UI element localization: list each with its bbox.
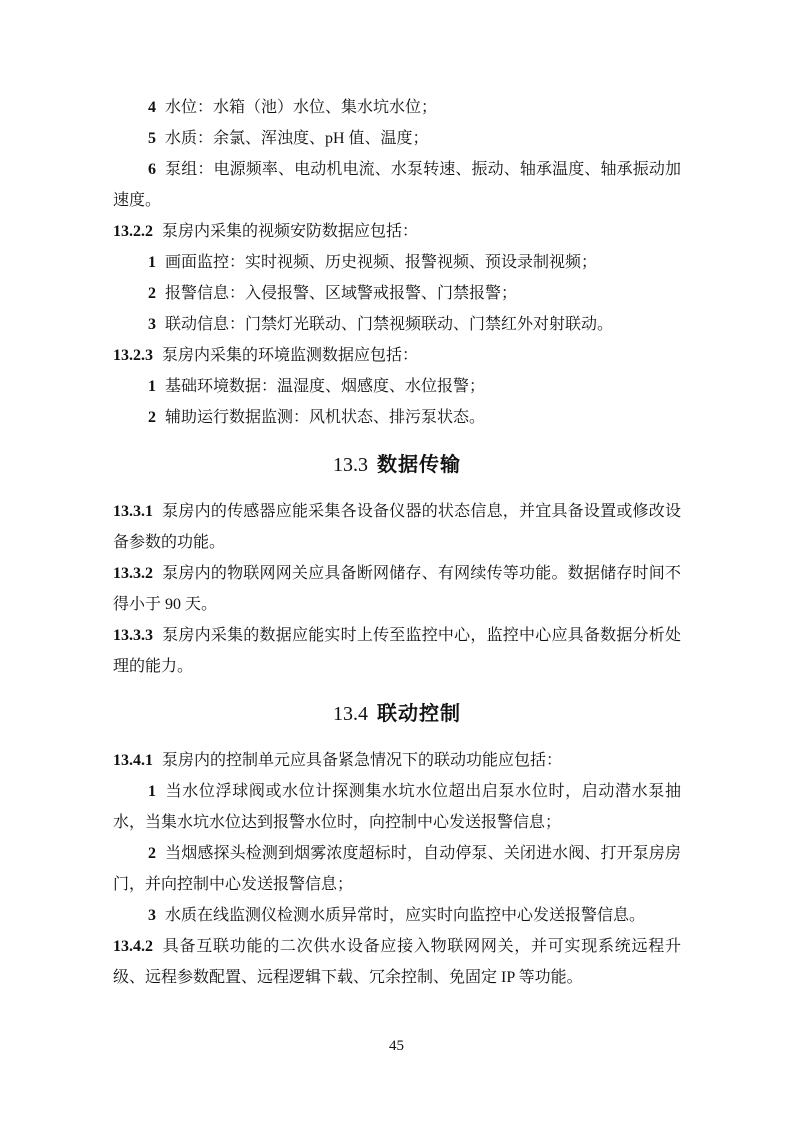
list-item: 1画面监控：实时视频、历史视频、报警视频、预设录制视频； — [113, 247, 681, 278]
clause-paragraph: 13.3.3泵房内采集的数据应能实时上传至监控中心，监控中心应具备数据分析处理的… — [113, 620, 681, 682]
list-item-number: 2 — [148, 285, 156, 302]
clause-number: 13.2.3 — [113, 347, 153, 364]
list-item: 2报警信息：入侵报警、区域警戒报警、门禁报警； — [113, 278, 681, 309]
clause-number: 13.3.1 — [113, 503, 153, 520]
section-heading: 13.3数据传输 — [113, 447, 681, 483]
list-item-text: 联动信息：门禁灯光联动、门禁视频联动、门禁红外对射联动。 — [165, 316, 613, 333]
clause-paragraph: 13.3.1泵房内的传感器应能采集各设备仪器的状态信息，并宜具备设置或修改设备参… — [113, 496, 681, 558]
clause-paragraph: 13.4.1泵房内的控制单元应具备紧急情况下的联动功能应包括： — [113, 745, 681, 776]
list-item-number: 3 — [148, 316, 156, 333]
clause-number: 13.3.2 — [113, 565, 153, 582]
list-item: 3联动信息：门禁灯光联动、门禁视频联动、门禁红外对射联动。 — [113, 309, 681, 340]
list-item-text: 当水位浮球阀或水位计探测集水坑水位超出启泵水位时，启动潜水泵抽水，当集水坑水位达… — [113, 783, 681, 831]
page-number: 45 — [0, 1036, 793, 1056]
section-title: 联动控制 — [377, 703, 461, 725]
clause-text: 泵房内的传感器应能采集各设备仪器的状态信息，并宜具备设置或修改设备参数的功能。 — [113, 503, 681, 551]
clause-paragraph: 13.3.2泵房内的物联网网关应具备断网储存、有网续传等功能。数据储存时间不得小… — [113, 558, 681, 620]
list-item-text: 报警信息：入侵报警、区域警戒报警、门禁报警； — [165, 285, 517, 302]
section-title: 数据传输 — [377, 454, 461, 476]
clause-paragraph: 13.4.2具备互联功能的二次供水设备应接入物联网网关，并可实现系统远程升级、远… — [113, 931, 681, 993]
document-content: 4水位：水箱（池）水位、集水坑水位；5水质：余氯、浑浊度、pH 值、温度；6泵组… — [113, 0, 681, 993]
list-item-text: 当烟感探头检测到烟雾浓度超标时，自动停泵、关闭进水阀、打开泵房房门，并向控制中心… — [113, 845, 681, 893]
clause-paragraph: 13.2.3泵房内采集的环境监测数据应包括： — [113, 340, 681, 371]
list-item: 2辅助运行数据监测：风机状态、排污泵状态。 — [113, 402, 681, 433]
list-item-text: 画面监控：实时视频、历史视频、报警视频、预设录制视频； — [165, 254, 597, 271]
list-item: 6泵组：电源频率、电动机电流、水泵转速、振动、轴承温度、轴承振动加速度。 — [113, 154, 681, 216]
list-item-number: 1 — [148, 378, 156, 395]
list-item: 4水位：水箱（池）水位、集水坑水位； — [113, 92, 681, 123]
list-item-text: 水位：水箱（池）水位、集水坑水位； — [165, 99, 437, 116]
list-item: 1基础环境数据：温湿度、烟感度、水位报警； — [113, 371, 681, 402]
list-item-number: 2 — [148, 409, 156, 426]
clause-number: 13.2.2 — [113, 223, 153, 240]
section-number: 13.3 — [333, 454, 368, 476]
list-item-text: 泵组：电源频率、电动机电流、水泵转速、振动、轴承温度、轴承振动加速度。 — [113, 161, 681, 209]
document-page: 4水位：水箱（池）水位、集水坑水位；5水质：余氯、浑浊度、pH 值、温度；6泵组… — [0, 0, 793, 1122]
list-item-number: 2 — [148, 845, 156, 862]
list-item-text: 辅助运行数据监测：风机状态、排污泵状态。 — [165, 409, 485, 426]
list-item: 1当水位浮球阀或水位计探测集水坑水位超出启泵水位时，启动潜水泵抽水，当集水坑水位… — [113, 776, 681, 838]
list-item-number: 3 — [148, 907, 156, 924]
clause-text: 泵房内的控制单元应具备紧急情况下的联动功能应包括： — [162, 752, 562, 769]
clause-number: 13.4.2 — [113, 938, 153, 955]
list-item-number: 1 — [148, 254, 156, 271]
section-heading: 13.4联动控制 — [113, 696, 681, 732]
list-item-text: 水质：余氯、浑浊度、pH 值、温度； — [165, 130, 429, 147]
clause-text: 泵房内采集的数据应能实时上传至监控中心，监控中心应具备数据分析处理的能力。 — [113, 627, 681, 675]
clause-number: 13.4.1 — [113, 752, 153, 769]
clause-text: 泵房内采集的环境监测数据应包括： — [162, 347, 418, 364]
list-item-text: 水质在线监测仪检测水质异常时，应实时向监控中心发送报警信息。 — [165, 907, 645, 924]
list-item-number: 1 — [148, 783, 156, 800]
clause-text: 泵房内的物联网网关应具备断网储存、有网续传等功能。数据储存时间不得小于 90 天… — [113, 565, 681, 613]
clause-paragraph: 13.2.2泵房内采集的视频安防数据应包括： — [113, 216, 681, 247]
list-item-number: 4 — [148, 99, 156, 116]
list-item-number: 5 — [148, 130, 156, 147]
list-item-text: 基础环境数据：温湿度、烟感度、水位报警； — [165, 378, 485, 395]
list-item-number: 6 — [148, 161, 156, 178]
clause-text: 具备互联功能的二次供水设备应接入物联网网关，并可实现系统远程升级、远程参数配置、… — [113, 938, 681, 986]
list-item: 5水质：余氯、浑浊度、pH 值、温度； — [113, 123, 681, 154]
section-number: 13.4 — [333, 703, 368, 725]
clause-number: 13.3.3 — [113, 627, 153, 644]
list-item: 3水质在线监测仪检测水质异常时，应实时向监控中心发送报警信息。 — [113, 900, 681, 931]
list-item: 2当烟感探头检测到烟雾浓度超标时，自动停泵、关闭进水阀、打开泵房房门，并向控制中… — [113, 838, 681, 900]
clause-text: 泵房内采集的视频安防数据应包括： — [162, 223, 418, 240]
